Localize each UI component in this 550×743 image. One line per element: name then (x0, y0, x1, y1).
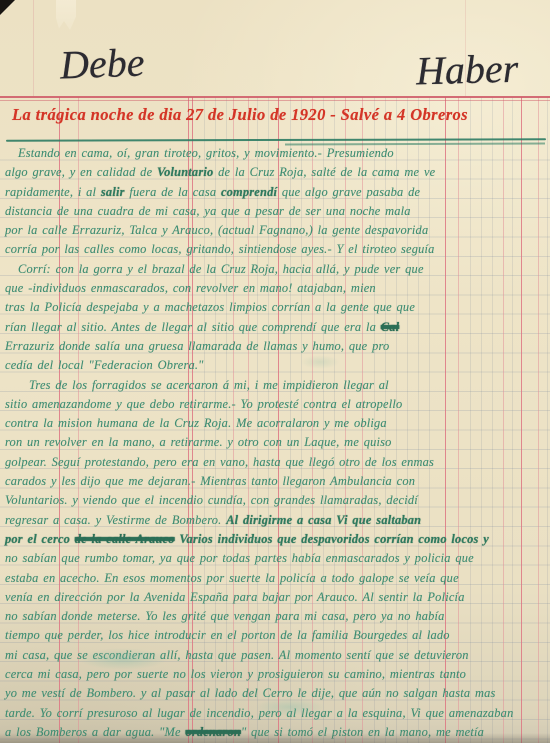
handwritten-text: por la calle Errazuriz, Talca y Arauco, … (5, 223, 428, 237)
handwritten-text: algo grave, y en calidad de (5, 165, 157, 179)
handwritten-text: fuera de la casa (125, 185, 221, 199)
handwritten-text: golpear. Seguí protestando, pero era en … (5, 455, 434, 469)
handwritten-text: que -individuos enmascarados, con revolv… (5, 281, 376, 295)
torn-paper-edge (56, 0, 76, 30)
handwritten-text: que algo grave pasaba de (277, 185, 420, 199)
title-underline (6, 138, 546, 142)
manuscript-line: Tres de los forragidos se acercaron á mi… (5, 376, 550, 395)
handwritten-text: Estando en cama, oí, gran tiroteo, grito… (18, 146, 394, 160)
handwritten-text: no sabían donde meterse. Yo les grité qu… (5, 609, 445, 623)
manuscript-line: Corrí: con la gorra y el brazal de la Cr… (5, 260, 550, 279)
manuscript-line: Voluntarios. y viendo que el incendio cu… (5, 491, 550, 510)
manuscript-line: tras la Policía despejaba y a machetazos… (5, 298, 550, 317)
manuscript-line: yo me vestí de Bombero. y al pasar al la… (5, 684, 550, 703)
manuscript-line: carados y les dijo que me dejaran.- Mien… (5, 472, 550, 491)
handwritten-text: contra la mision humana de la Cruz Roja.… (5, 416, 387, 430)
manuscript-line: ron un revolver en la mano, a retirarme.… (5, 433, 550, 452)
handwritten-text: salir (101, 185, 125, 199)
manuscript-line: que -individuos enmascarados, con revolv… (5, 279, 550, 298)
handwritten-text: Tres de los forragidos se acercaron á mi… (29, 378, 389, 392)
handwritten-text: Al dirigirme a casa Vi que saltaban (226, 513, 421, 527)
margin-line-above-rule-left (33, 0, 34, 96)
manuscript-line: rapidamente, i al salir fuera de la casa… (5, 183, 550, 202)
handwritten-text: rían llegar al sitio. Antes de llegar al… (5, 320, 381, 334)
manuscript-body: Estando en cama, oí, gran tiroteo, grito… (5, 144, 550, 742)
handwritten-text: Voluntarios. y viendo que el incendio cu… (5, 493, 418, 507)
column-header-haber: Haber (415, 49, 518, 92)
manuscript-line: Errazuriz donde salía una gruesa llamara… (5, 337, 550, 356)
handwritten-text: tras la Policía despejaba y a machetazos… (5, 300, 415, 314)
manuscript-line: rían llegar al sitio. Antes de llegar al… (5, 318, 550, 337)
header-red-rule (0, 96, 550, 98)
manuscript-line: no sabían donde meterse. Yo les grité qu… (5, 607, 550, 626)
manuscript-line: por el cerco de la calle Arauco Varios i… (5, 530, 550, 549)
manuscript-line: corría por las calles como locas, gritan… (5, 240, 550, 259)
manuscript-line: venía en dirección por la Avenida España… (5, 588, 550, 607)
manuscript-line: regresar a casa. y Vestirme de Bombero. … (5, 511, 550, 530)
handwritten-text: de la Cruz Roja, salté de la cama me ve (213, 165, 435, 179)
handwritten-text: carados y les dijo que me dejaran.- Mien… (5, 474, 415, 488)
handwritten-text: Corrí: con la gorra y el brazal de la Cr… (18, 262, 424, 276)
manuscript-line: distancia de una cuadra de mi casa, ya q… (5, 202, 550, 221)
handwritten-text: regresar a casa. y Vestirme de Bombero. (5, 513, 226, 527)
handwritten-text: cerca mi casa, pero por suerte no los vi… (5, 667, 466, 681)
handwritten-text: cedía del local "Federacion Obrera." (5, 358, 204, 372)
handwritten-text: venía en dirección por la Avenida España… (5, 590, 465, 604)
manuscript-line: por la calle Errazuriz, Talca y Arauco, … (5, 221, 550, 240)
handwritten-text: sitio amenazandome y que debo retirarme.… (5, 397, 402, 411)
manuscript-line: estaba en acecho. En esos momentos por s… (5, 569, 550, 588)
handwritten-text: tarde. Yo corrí presuroso al lugar de in… (5, 706, 513, 720)
handwritten-text: no sabían que rumbo tomar, ya que por to… (5, 551, 474, 565)
manuscript-line: contra la mision humana de la Cruz Roja.… (5, 414, 550, 433)
handwritten-text: rapidamente, i al (5, 185, 101, 199)
handwritten-text: comprendí (221, 185, 277, 199)
header-red-rule-thin (0, 100, 550, 101)
manuscript-line: cedía del local "Federacion Obrera." (5, 356, 550, 375)
manuscript-line: Estando en cama, oí, gran tiroteo, grito… (5, 144, 550, 163)
manuscript-line: no sabían que rumbo tomar, ya que por to… (5, 549, 550, 568)
handwritten-text: estaba en acecho. En esos momentos por s… (5, 571, 459, 585)
handwritten-text: Errazuriz donde salía una gruesa llamara… (5, 339, 389, 353)
handwritten-text: distancia de una cuadra de mi casa, ya q… (5, 204, 411, 218)
manuscript-line: golpear. Seguí protestando, pero era en … (5, 453, 550, 472)
handwritten-text: ron un revolver en la mano, a retirarme.… (5, 435, 392, 449)
handwritten-text: Varios individuos que despavoridos corrí… (175, 532, 489, 546)
manuscript-line: sitio amenazandome y que debo retirarme.… (5, 395, 550, 414)
column-header-debe: Debe (59, 43, 145, 86)
handwritten-text: por el cerco (5, 532, 75, 546)
manuscript-line: mi casa, que se escondieran allí, hasta … (5, 646, 550, 665)
manuscript-line: algo grave, y en calidad de Voluntario d… (5, 163, 550, 182)
handwritten-text: yo me vestí de Bombero. y al pasar al la… (5, 686, 496, 700)
photo-corner-shadow (0, 0, 15, 15)
struck-text: de la calle Arauco (75, 532, 175, 546)
manuscript-line: tarde. Yo corrí presuroso al lugar de in… (5, 704, 550, 723)
page-bottom-shadow (0, 733, 550, 743)
manuscript-line: tiempo que perder, los hice introducir e… (5, 626, 550, 645)
handwritten-text: mi casa, que se escondieran allí, hasta … (5, 648, 469, 662)
handwritten-text: tiempo que perder, los hice introducir e… (5, 628, 450, 642)
handwritten-text: corría por las calles como locas, gritan… (5, 242, 435, 256)
ledger-page: Debe Haber La trágica noche de dia 27 de… (0, 0, 550, 743)
handwritten-text: Voluntario (157, 165, 213, 179)
struck-text: Cal (381, 320, 400, 334)
entry-title: La trágica noche de dia 27 de Julio de 1… (12, 105, 547, 125)
manuscript-line: cerca mi casa, pero por suerte no los vi… (5, 665, 550, 684)
